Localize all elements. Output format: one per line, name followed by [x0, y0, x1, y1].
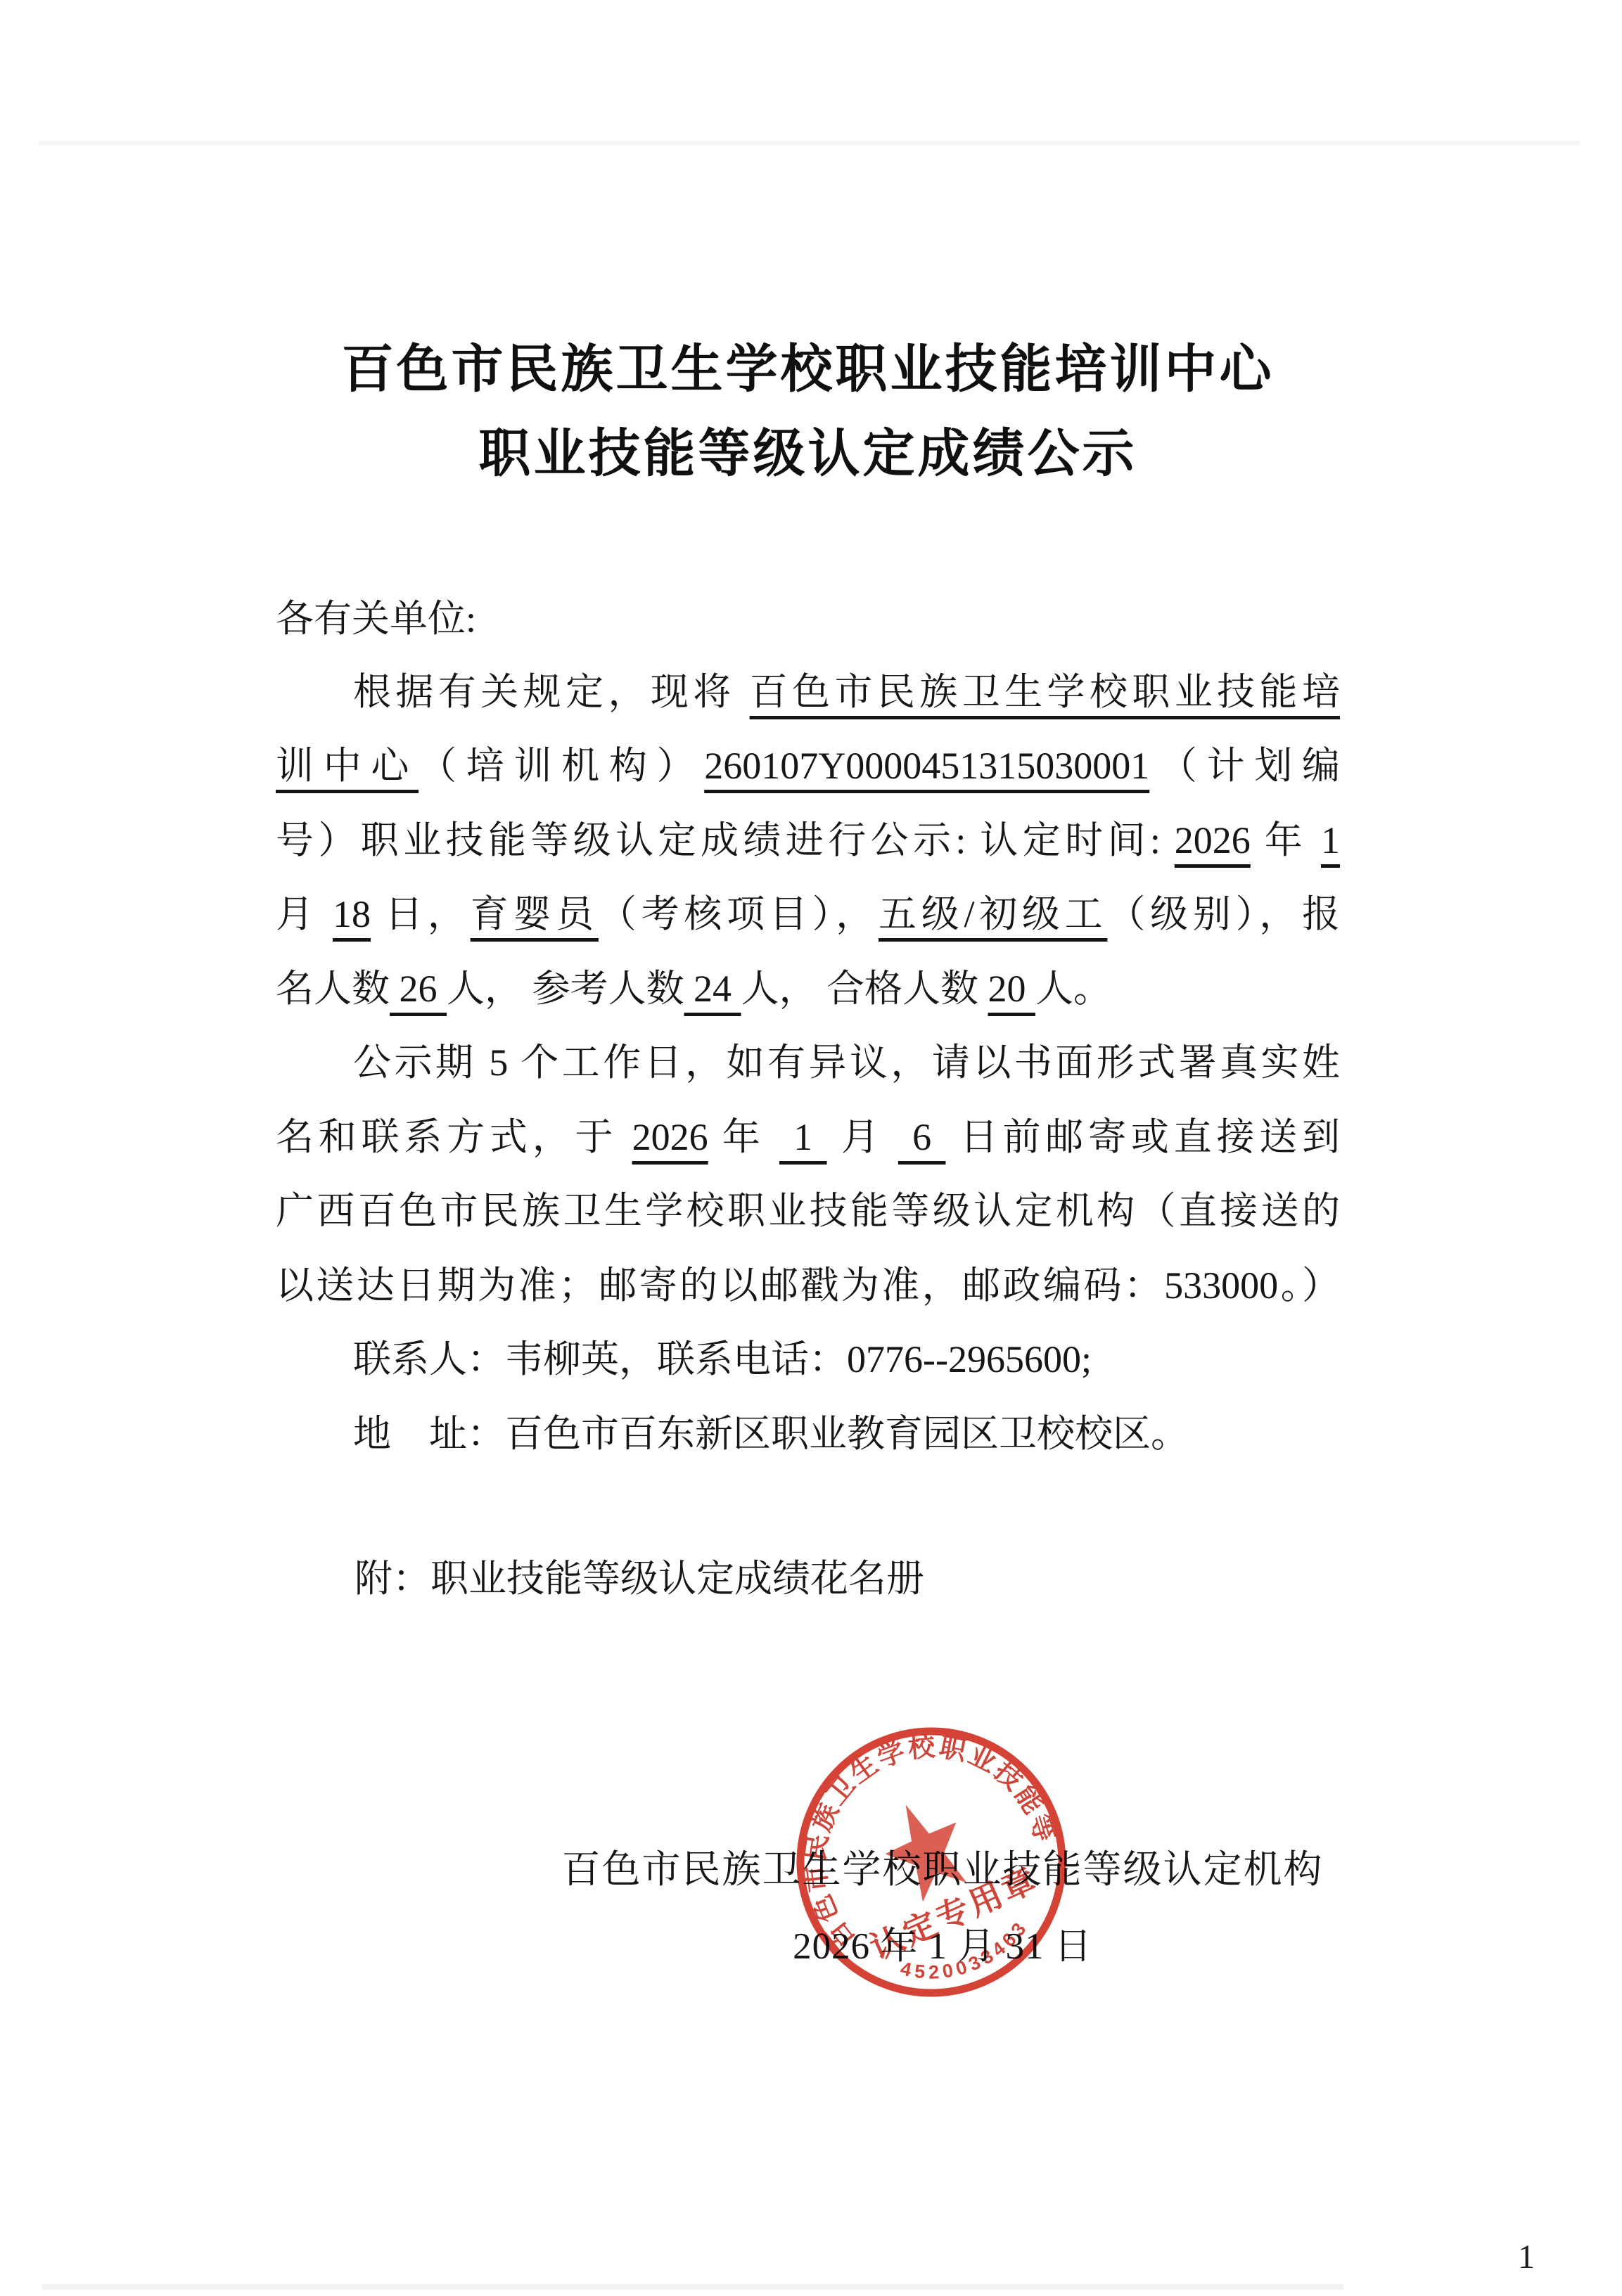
underlined-text: 24 [684, 968, 741, 1010]
body-text: （培训机构） [419, 745, 704, 787]
body-text: 年 [708, 1116, 779, 1158]
body-text: 人， 合格人数 [741, 968, 988, 1010]
body-text: 以送达日期为准；邮寄的以邮戳为准，邮政编码：533000。） [276, 1264, 1340, 1307]
signature-block: 百色市民族卫生学校职业技能等级认定机构 2026 年 1 月 31 日 [521, 1848, 1365, 1968]
underlined-text: 260107Y0000451315030001 [704, 745, 1149, 787]
body-text: （计划编 [1149, 745, 1340, 787]
body-line-12: 地 址：百色市百东新区职业教育园区卫校校区。 [276, 1411, 1340, 1456]
underlined-text: 2026 [1175, 819, 1251, 861]
scan-artifact [42, 2284, 1343, 2290]
underlined-text: 2026 [632, 1116, 708, 1158]
underlined-text: 6 [898, 1116, 946, 1158]
document-page: 百色市民族卫生学校职业技能培训中心 职业技能等级认定成绩公示 各有关单位:根据有… [0, 0, 1622, 2296]
document-title-line2: 职业技能等级认定成绩公示 [276, 422, 1340, 485]
body-text: 地 址：百色市百东新区职业教育园区卫校校区。 [353, 1413, 1189, 1455]
body-line-10: 以送达日期为准；邮寄的以邮戳为准，邮政编码：533000。） [276, 1263, 1340, 1308]
body-line-5: 月 18 日，育婴员（考核项目），五级/初级工（级别），报 [276, 892, 1340, 937]
body-text: 各有关单位: [276, 598, 476, 640]
body-text: 年 [1251, 819, 1321, 861]
body-text: 公示期 5 个工作日，如有异议，请以书面形式署真实姓 [353, 1041, 1340, 1084]
underlined-text: 1 [779, 1116, 827, 1158]
body-text: （级别），报 [1107, 893, 1340, 935]
body-text: 人， 参考人数 [447, 968, 684, 1010]
body-line-11: 联系人：韦柳英，联系电话：0776--2965600; [276, 1337, 1340, 1382]
signature-date: 2026 年 1 月 31 日 [521, 1925, 1365, 1968]
body-text: 名人数 [276, 968, 390, 1010]
body-text: 广西百色市民族卫生学校职业技能等级认定机构（直接送的 [276, 1190, 1340, 1232]
body-line-1: 各有关单位: [276, 596, 1340, 641]
body-text: （考核项目）， [599, 893, 879, 935]
body-text: 日前邮寄或直接送到 [945, 1116, 1340, 1158]
body-text: 月 [827, 1116, 898, 1158]
page-number: 1 [1518, 2238, 1535, 2276]
underlined-text: 18 [333, 893, 371, 935]
body-text: 月 [276, 893, 333, 935]
body-text: 名和联系方式，于 [276, 1116, 632, 1158]
underlined-text: 20 [988, 968, 1036, 1010]
body-line-4: 号）职业技能等级认定成绩进行公示: 认定时间: 2026 年 1 [276, 818, 1340, 863]
body-text: 号）职业技能等级认定成绩进行公示: 认定时间: [276, 819, 1175, 861]
body-line-9: 广西百色市民族卫生学校职业技能等级认定机构（直接送的 [276, 1188, 1340, 1233]
body-text: 根据有关规定，现将 [353, 671, 750, 713]
body-line-8: 名和联系方式，于 2026 年 1 月 6 日前邮寄或直接送到 [276, 1115, 1340, 1160]
body-text: 日， [371, 893, 471, 935]
underlined-text: 五级/初级工 [879, 893, 1107, 935]
body-line-2: 根据有关规定，现将 百色市民族卫生学校职业技能培 [276, 669, 1340, 714]
underlined-text: 26 [390, 968, 447, 1010]
document-title-line1: 百色市民族卫生学校职业技能培训中心 [276, 338, 1340, 401]
scan-artifact [39, 141, 1579, 146]
body-line-6: 名人数 26 人， 参考人数 24 人， 合格人数 20 人。 [276, 966, 1340, 1011]
body-text: 人。 [1035, 968, 1111, 1010]
underlined-text: 1 [1321, 819, 1340, 861]
body-text: 联系人：韦柳英，联系电话：0776--2965600; [353, 1338, 1092, 1380]
underlined-text: 育婴员 [471, 893, 599, 935]
underlined-text: 百色市民族卫生学校职业技能培 [750, 671, 1340, 713]
body-line-7: 公示期 5 个工作日，如有异议，请以书面形式署真实姓 [276, 1040, 1340, 1085]
attachment-note: 附：职业技能等级认定成绩花名册 [276, 1556, 1340, 1601]
signature-org: 百色市民族卫生学校职业技能等级认定机构 [521, 1848, 1365, 1892]
body-line-3: 训中心（培训机构）260107Y0000451315030001（计划编 [276, 743, 1340, 788]
underlined-text: 训中心 [276, 745, 419, 787]
